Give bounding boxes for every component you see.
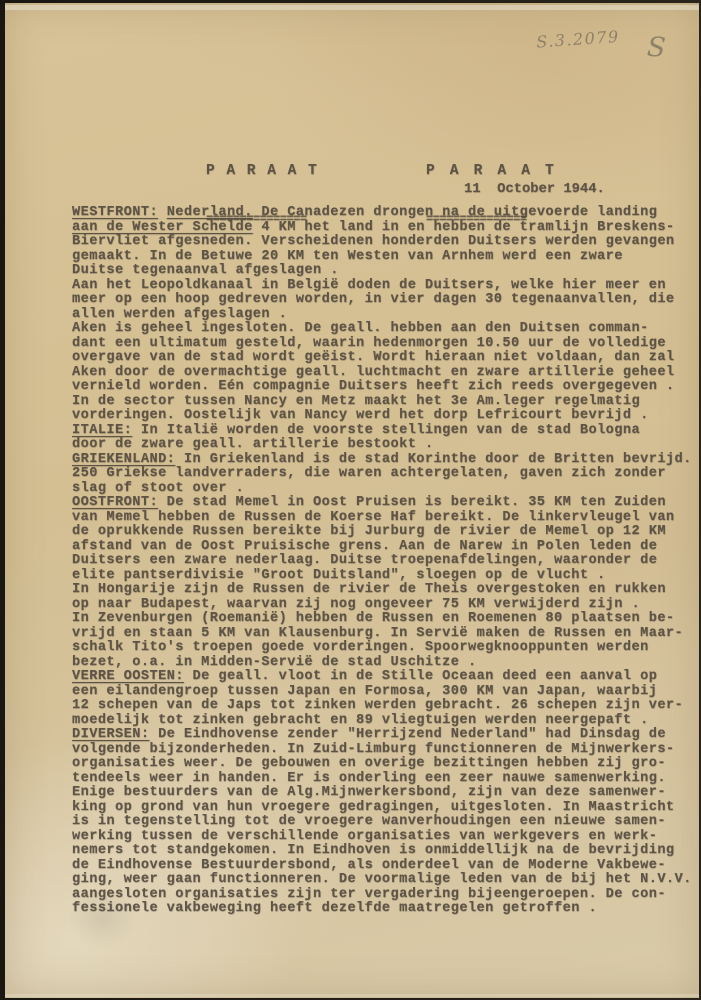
body-line: Duitse tegenaanval afgeslagen .	[72, 264, 692, 279]
body-line: bezet, o.a. in Midden-Servië de stad Usc…	[72, 656, 692, 671]
body-line: 250 Griekse landverraders, die waren ach…	[72, 467, 692, 482]
body-line: nemers tot standgekomen. In Eindhoven is…	[72, 844, 692, 859]
body-line: aangesloten organisaties zijn ter vergad…	[72, 888, 692, 903]
body-line: volgende bijzonderheden. In Zuid-Limburg…	[72, 743, 692, 758]
body-line: dant een ultimatum gesteld, waarin heden…	[72, 337, 692, 352]
body-line: de oprukkende Russen bereikte bij Jurbur…	[72, 525, 692, 540]
body-line: vernield worden. Eén compagnie Duitsers …	[72, 380, 692, 395]
date-line: 11 October 1944.	[464, 182, 605, 197]
annotation-reference: S.3.2079	[536, 27, 621, 52]
body-line: tendeels weer in handen. Er is onderling…	[72, 772, 692, 787]
body-line: In de sector tussen Nancy en Metz maakt …	[72, 395, 692, 410]
body-line: aan de Wester Schelde 4 KM het land in e…	[72, 221, 692, 236]
body-line: allen werden afgeslagen .	[72, 308, 692, 323]
body-line: is in tegenstelling tot de vroegere wanv…	[72, 815, 692, 830]
body-line: Aan het Leopoldkanaal in België doden de…	[72, 279, 692, 294]
scan-background: S.3.2079 S P A R A A T =============== P…	[0, 0, 701, 1000]
body-line: slag of stoot over .	[72, 482, 692, 497]
masthead-word: P A R A A T	[426, 163, 557, 179]
body-line: elite pantserdivisie "Groot Duitsland", …	[72, 569, 692, 584]
body-line: overgave van de stad wordt geëist. Wordt…	[72, 351, 692, 366]
body-line: 12 schepen van de Japs tot zinken werden…	[72, 699, 692, 714]
body-line: van Memel hebben de Russen de Koerse Haf…	[72, 511, 692, 526]
body-line: Aken door de overmachtige geall. luchtma…	[72, 366, 692, 381]
body-line: Enige bestuurders van de Alg.Mijnwerkers…	[72, 786, 692, 801]
body-line: king op grond van hun vroegere gedraging…	[72, 801, 692, 816]
document-page: S.3.2079 S P A R A A T =============== P…	[5, 3, 699, 998]
body-line: DIVERSEN: De Eindhovense zender "Herrijz…	[72, 728, 692, 743]
body-line: Duitsers een zware nederlaag. Duitse tro…	[72, 554, 692, 569]
body-line: moedelijk tot zinken gebracht en 89 vlie…	[72, 714, 692, 729]
body-line: vorderingen. Oostelijk van Nancy werd he…	[72, 409, 692, 424]
body-line: OOSTFRONT: De stad Memel in Oost Pruisen…	[72, 496, 692, 511]
body-line: ITALIE: In Italië worden de voorste stel…	[72, 424, 692, 439]
body-line: werking tussen de verschillende organisa…	[72, 830, 692, 845]
body-line: de Eindhovense Bestuurdersbond, als onde…	[72, 859, 692, 874]
masthead-word: P A R A A T	[206, 163, 318, 179]
body-line: Biervliet afgesneden. Verscheidenen hond…	[72, 235, 692, 250]
archival-annotation: S.3.2079 S	[535, 13, 699, 84]
body-line: fessionele vakbeweging heeft dezelfde ma…	[72, 902, 692, 917]
body-line: organisaties weer. De gebouwen en overig…	[72, 757, 692, 772]
body-line: op naar Budapest, waarvan zij nog ongeve…	[72, 598, 692, 613]
body-line: gemaakt. In de Betuwe 20 KM ten Westen v…	[72, 250, 692, 265]
body-line: ging, weer gaan functionneren. De voorma…	[72, 873, 692, 888]
body-line: GRIEKENLAND: In Griekenland is de stad K…	[72, 453, 692, 468]
body-line: VERRE OOSTEN: De geall. vloot in de Stil…	[72, 670, 692, 685]
body-line: Aken is geheel ingesloten. De geall. heb…	[72, 322, 692, 337]
body-line: afstand van de Oost Pruisische grens. Aa…	[72, 540, 692, 555]
body-line: WESTFRONT: Nederland. De Canadezen drong…	[72, 206, 692, 221]
newsletter-body: WESTFRONT: Nederland. De Canadezen drong…	[72, 206, 692, 917]
body-line: een eilandengroep tussen Japan en Formos…	[72, 685, 692, 700]
body-line: meer op een hoop gedreven worden, in vie…	[72, 293, 692, 308]
body-line: In Hongarije zijn de Russen de rivier de…	[72, 583, 692, 598]
body-line: door de zware geall. artillerie bestookt…	[72, 438, 692, 453]
body-line: In Zevenburgen (Roemanië) hebben de Russ…	[72, 612, 692, 627]
body-line: vrijd en staan 5 KM van Klausenburg. In …	[72, 627, 692, 642]
body-line: schalk Tito's troepen goede vorderingen.…	[72, 641, 692, 656]
annotation-initial: S	[646, 32, 667, 64]
